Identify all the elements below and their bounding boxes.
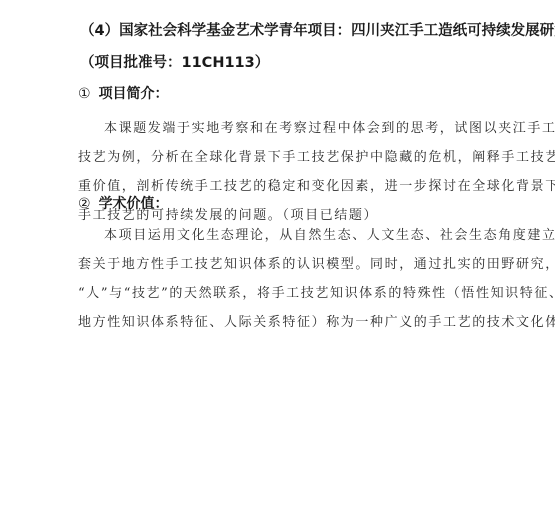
section-number: ① xyxy=(78,86,91,102)
approval-number: （项目批准号：11CH113） xyxy=(80,51,269,72)
paragraph-line: 本课题发端于实地考察和在考察过程中体会到的思考，试图以夹江手工造纸 xyxy=(104,117,555,136)
section-heading-text: 学术价值： xyxy=(99,196,169,212)
paragraph-line: 重价值，剖析传统手工技艺的稳定和变化因素，进一步探讨在全球化背景下传统 xyxy=(78,175,555,194)
paragraph-line: 技艺为例，分析在全球化背景下手工技艺保护中隐藏的危机，阐释手工技艺的多 xyxy=(78,146,555,165)
section-heading-academic-value: ②学术价值： xyxy=(78,193,169,213)
paragraph-line: 套关于地方性手工技艺知识体系的认识模型。同时，通过扎实的田野研究，回归 xyxy=(78,253,555,272)
document-title: （4）国家社会科学基金艺术学青年项目：四川夹江手工造纸可持续发展研究 xyxy=(80,19,555,40)
section-number: ② xyxy=(78,196,91,212)
paragraph-line: “人”与“技艺”的天然联系，将手工技艺知识体系的特殊性（悟性知识特征、 xyxy=(78,282,555,301)
section-heading-text: 项目简介： xyxy=(99,86,169,102)
section-heading-intro: ①项目简介： xyxy=(78,83,169,103)
paragraph-line: 本项目运用文化生态理论，从自然生态、人文生态、社会生态角度建立了一 xyxy=(104,224,555,243)
paragraph-line: 地方性知识体系特征、人际关系特征）称为一种广义的手工艺的技术文化体系， xyxy=(78,311,555,330)
document-page: （4）国家社会科学基金艺术学青年项目：四川夹江手工造纸可持续发展研究 （项目批准… xyxy=(0,0,555,511)
